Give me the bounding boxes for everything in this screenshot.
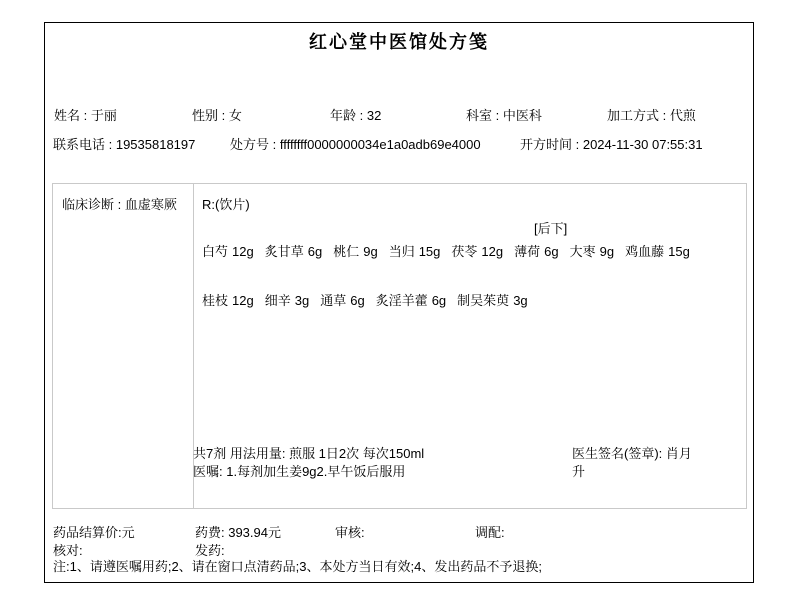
herb-item: 鸡血藤15g — [625, 244, 690, 260]
herb-name: 炙淫羊藿 — [376, 293, 428, 309]
issue-field: 发药: — [195, 543, 225, 559]
prescription-number-field: 处方号 : ffffffff0000000034e1a0adb69e4000 — [230, 137, 481, 153]
herb-item: 当归15g — [389, 244, 441, 260]
herb-name: 制吴茱萸 — [457, 293, 509, 309]
processing-method-field: 加工方式 : 代煎 — [607, 108, 696, 124]
herb-name: 炙甘草 — [265, 244, 304, 260]
herb-item: 桃仁9g — [333, 244, 377, 260]
herb-item: 细辛3g — [265, 293, 309, 309]
decoct-later-annotation: [后下] — [534, 221, 567, 237]
herb-name: 细辛 — [265, 293, 291, 309]
herb-name: 大枣 — [570, 244, 596, 260]
herb-item: 薄荷6g — [514, 244, 558, 260]
herb-item: 炙甘草6g — [265, 244, 322, 260]
doctor-signature-line2: 升 — [572, 464, 585, 480]
herb-dose: 9g — [363, 244, 377, 260]
herb-dose: 9g — [600, 244, 614, 260]
usage-dosage-line: 共7剂 用法用量: 煎服 1日2次 每次150ml — [193, 446, 424, 462]
herb-dose: 3g — [513, 293, 527, 309]
herb-dose: 12g — [232, 244, 254, 260]
herb-list-line2: 桂枝12g细辛3g通草6g炙淫羊藿6g制吴茱萸3g — [202, 293, 528, 309]
herb-dose: 12g — [481, 244, 503, 260]
doctor-signature-line1: 医生签名(签章): 肖月 — [572, 446, 692, 462]
herb-name: 桃仁 — [333, 244, 359, 260]
medicine-fee-field: 药费: 393.94元 — [195, 525, 281, 541]
herb-dose: 15g — [668, 244, 690, 260]
patient-gender-field: 性别 : 女 — [192, 108, 242, 124]
herb-dose: 3g — [295, 293, 309, 309]
patient-age-field: 年龄 : 32 — [330, 108, 381, 124]
doctor-advice-line: 医嘱: 1.每剂加生姜9g2.早午饭后服用 — [193, 464, 405, 480]
department-field: 科室 : 中医科 — [466, 108, 542, 124]
herb-name: 白芍 — [202, 244, 228, 260]
dispense-prep-field: 调配: — [475, 525, 505, 541]
check-field: 核对: — [53, 543, 83, 559]
herb-name: 当归 — [389, 244, 415, 260]
page-title: 红心堂中医馆处方笺 — [44, 34, 754, 50]
herb-item: 炙淫羊藿6g — [376, 293, 446, 309]
herb-name: 茯苓 — [451, 244, 477, 260]
herb-name: 鸡血藤 — [625, 244, 664, 260]
herb-dose: 6g — [350, 293, 364, 309]
herb-item: 茯苓12g — [451, 244, 503, 260]
footer-note: 注:1、请遵医嘱用药;2、请在窗口点清药品;3、本处方当日有效;4、发出药品不予… — [53, 559, 542, 575]
herb-name: 薄荷 — [514, 244, 540, 260]
rx-header: R:(饮片) — [202, 197, 250, 213]
herb-dose: 6g — [544, 244, 558, 260]
herb-item: 大枣9g — [570, 244, 614, 260]
prescription-document: 红心堂中医馆处方笺 姓名 : 于丽 性别 : 女 年龄 : 32 科室 : 中医… — [0, 0, 800, 600]
herb-name: 桂枝 — [202, 293, 228, 309]
herb-name: 通草 — [320, 293, 346, 309]
herb-item: 通草6g — [320, 293, 364, 309]
herb-item: 桂枝12g — [202, 293, 254, 309]
patient-name-field: 姓名 : 于丽 — [54, 108, 117, 124]
clinical-diagnosis-field: 临床诊断 : 血虚寒厥 — [62, 197, 177, 213]
herb-item: 白芍12g — [202, 244, 254, 260]
herb-dose: 6g — [308, 244, 322, 260]
settlement-price-field: 药品结算价:元 — [53, 525, 135, 541]
herb-dose: 6g — [432, 293, 446, 309]
prescription-time-field: 开方时间 : 2024-11-30 07:55:31 — [520, 137, 703, 153]
herb-dose: 15g — [419, 244, 441, 260]
herb-list-line1: 白芍12g炙甘草6g桃仁9g当归15g茯苓12g薄荷6g大枣9g鸡血藤15g — [202, 244, 690, 260]
review-field: 审核: — [335, 525, 365, 541]
herb-item: 制吴茱萸3g — [457, 293, 527, 309]
herb-dose: 12g — [232, 293, 254, 309]
contact-phone-field: 联系电话 : 19535818197 — [53, 137, 195, 153]
